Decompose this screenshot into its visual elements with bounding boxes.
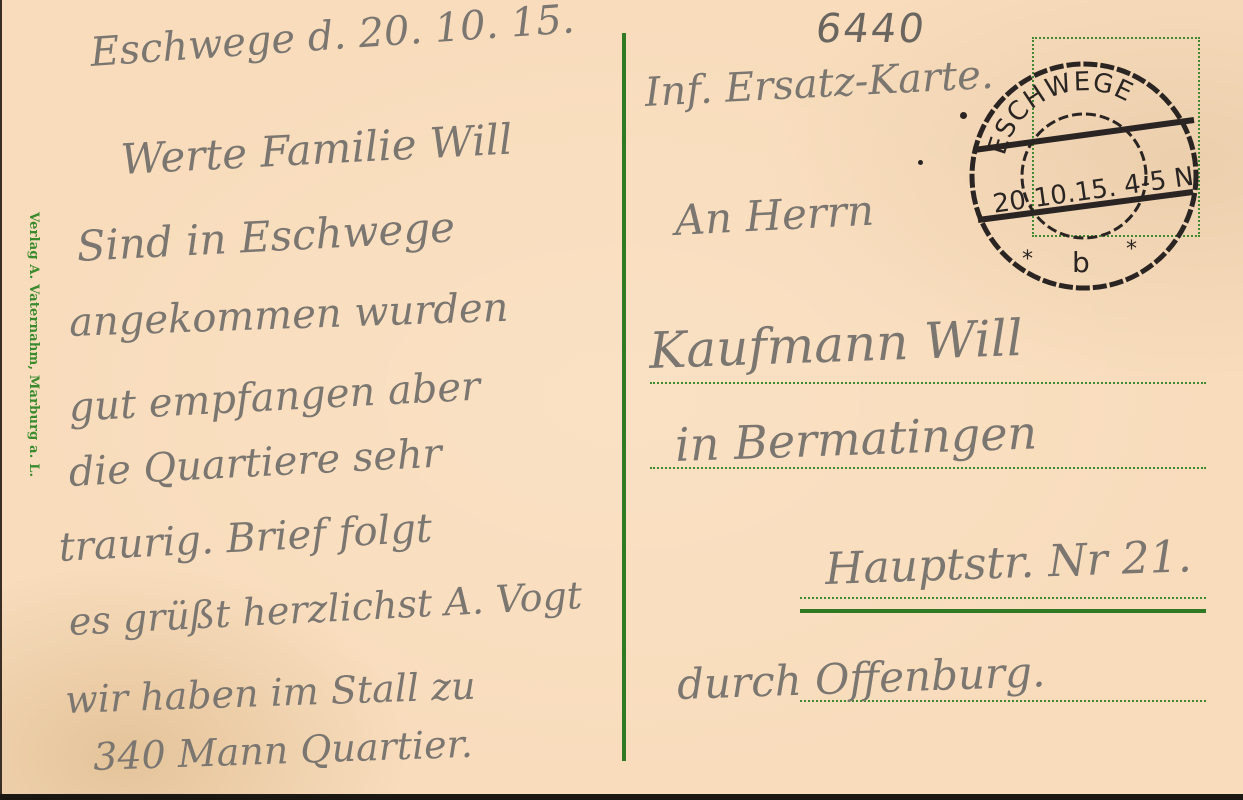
address-line-1 — [650, 382, 1206, 384]
service-note: Inf. Ersatz-Karte. — [644, 52, 995, 116]
address-underline — [800, 609, 1206, 613]
postmark-star-right: * — [1126, 237, 1137, 262]
svg-text:ESCHWEGE: ESCHWEGE — [982, 67, 1138, 158]
ink-spot — [918, 160, 923, 165]
card-edge-left — [0, 0, 2, 796]
message-line: 340 Mann Quartier. — [92, 722, 473, 779]
address-town: in Bermatingen — [674, 405, 1038, 472]
message-line: die Quartiere sehr — [68, 431, 443, 496]
message-line: angekommen wurden — [68, 285, 509, 346]
card-edge-bottom — [0, 794, 1243, 796]
archive-number: 6440 — [813, 6, 929, 52]
postcard-back: Verlag A. Vaternahm, Marburg a. L. 6440 … — [0, 0, 1243, 796]
publisher-imprint: Verlag A. Vaternahm, Marburg a. L. — [26, 212, 41, 477]
message-line: es grüßt herzlichst A. Vogt — [68, 573, 583, 644]
message-line: Sind in Eschwege — [75, 202, 456, 271]
address-salutation: An Herrn — [673, 186, 875, 245]
message-dateline: Eschwege d. 20. 10. 15. — [89, 0, 576, 76]
ink-spot — [960, 112, 967, 119]
postmark-town: ESCHWEGE — [982, 67, 1138, 158]
address-street: Hauptstr. Nr 21. — [824, 531, 1192, 595]
center-divider — [622, 33, 626, 761]
address-recipient: Kaufmann Will — [648, 309, 1024, 380]
postmark-code: b — [1072, 246, 1090, 279]
message-line: gut empfangen aber — [68, 364, 482, 431]
message-line: Werte Familie Will — [119, 115, 513, 184]
message-line: wir haben im Stall zu — [64, 664, 476, 722]
address-line-3 — [800, 597, 1206, 599]
postmark: ESCHWEGE 20.10.15. 4-5 N * b * — [968, 60, 1200, 292]
message-line: traurig. Brief folgt — [58, 506, 434, 571]
postmark-circle-icon: ESCHWEGE 20.10.15. 4-5 N * b * — [968, 60, 1200, 292]
postmark-star-left: * — [1022, 247, 1033, 272]
